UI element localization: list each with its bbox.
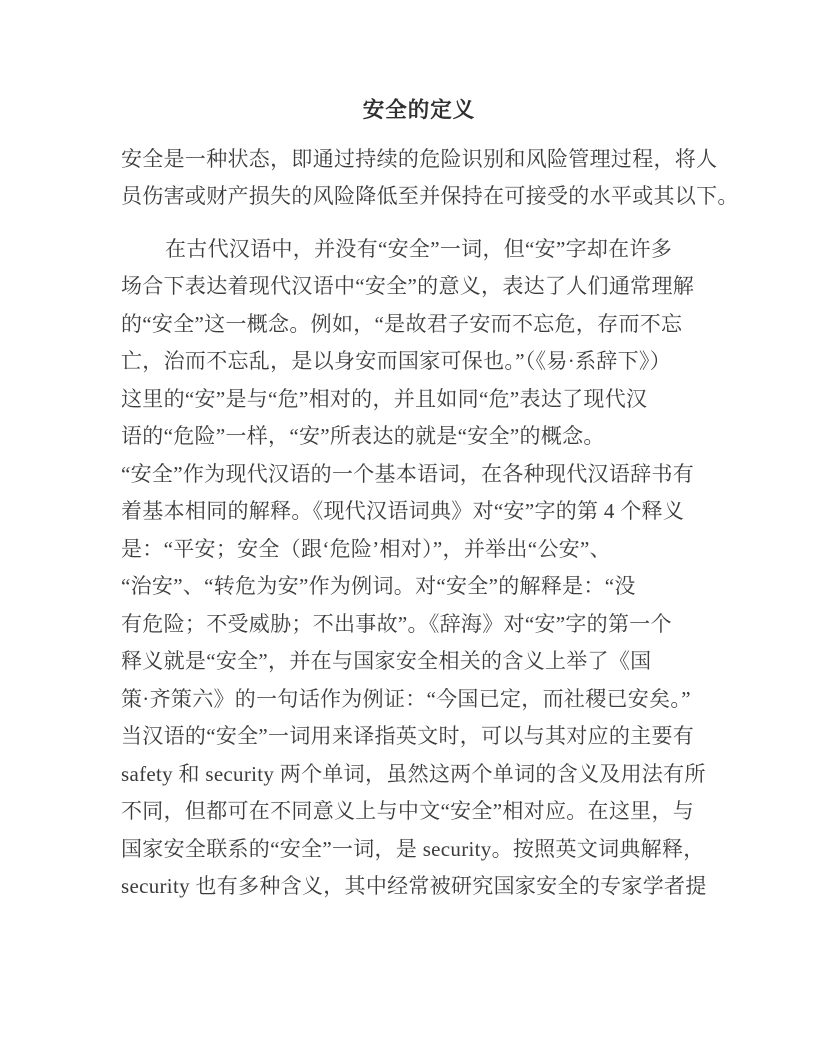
document-page: 安全的定义 安全是一种状态，即通过持续的危险识别和风险管理过程，将人员伤害或财产…: [0, 0, 816, 1056]
text-line: “安全”作为现代汉语的一个基本语词，在各种现代汉语辞书有: [121, 456, 717, 494]
text-line: 不同，但都可在不同意义上与中文“安全”相对应。在这里，与: [121, 793, 717, 831]
text-line: 是：“平安；安全（跟‘危险’相对）”，并举出“公安”、: [121, 531, 717, 569]
text-line: 员伤害或财产损失的风险降低至并保持在可接受的水平或其以下。: [121, 178, 717, 216]
text-line: 国家安全联系的“安全”一词，是 security。按照英文词典解释，: [121, 831, 717, 869]
document-content: 安全的定义 安全是一种状态，即通过持续的危险识别和风险管理过程，将人员伤害或财产…: [121, 92, 717, 906]
text-line: 这里的“安”是与“危”相对的，并且如同“危”表达了现代汉: [121, 381, 717, 419]
text-line: 着基本相同的解释。《现代汉语词典》对“安”字的第 4 个释义: [121, 493, 717, 531]
text-line: 安全是一种状态，即通过持续的危险识别和风险管理过程，将人: [121, 141, 717, 179]
paragraph: “安全”作为现代汉语的一个基本语词，在各种现代汉语辞书有着基本相同的解释。《现代…: [121, 456, 717, 719]
text-line: 当汉语的“安全”一词用来译指英文时，可以与其对应的主要有: [121, 718, 717, 756]
document-body: 安全是一种状态，即通过持续的危险识别和风险管理过程，将人员伤害或财产损失的风险降…: [121, 141, 717, 906]
text-line: 亡，治而不忘乱，是以身安而国家可保也。”（《易·系辞下》）: [121, 343, 717, 381]
text-line: security 也有多种含义，其中经常被研究国家安全的专家学者提: [121, 868, 717, 906]
text-line: “治安”、“转危为安”作为例词。对“安全”的解释是：“没: [121, 568, 717, 606]
paragraph: 当汉语的“安全”一词用来译指英文时，可以与其对应的主要有safety 和 sec…: [121, 718, 717, 906]
text-line: 有危险；不受威胁；不出事故”。《辞海》对“安”字的第一个: [121, 606, 717, 644]
text-line: safety 和 security 两个单词，虽然这两个单词的含义及用法有所: [121, 756, 717, 794]
text-line: 在古代汉语中，并没有“安全”一词，但“安”字却在许多: [121, 231, 717, 269]
text-line: 的“安全”这一概念。例如，“是故君子安而不忘危，存而不忘: [121, 306, 717, 344]
document-title: 安全的定义: [121, 92, 717, 130]
text-line: 语的“危险”一样，“安”所表达的就是“安全”的概念。: [121, 418, 717, 456]
paragraph: 在古代汉语中，并没有“安全”一词，但“安”字却在许多场合下表达着现代汉语中“安全…: [121, 231, 717, 456]
text-line: 释义就是“安全”，并在与国家安全相关的含义上举了《国: [121, 643, 717, 681]
text-line: 场合下表达着现代汉语中“安全”的意义，表达了人们通常理解: [121, 268, 717, 306]
paragraph: 安全是一种状态，即通过持续的危险识别和风险管理过程，将人员伤害或财产损失的风险降…: [121, 141, 717, 216]
text-line: 策·齐策六》的一句话作为例证：“今国已定，而社稷已安矣。”: [121, 681, 717, 719]
